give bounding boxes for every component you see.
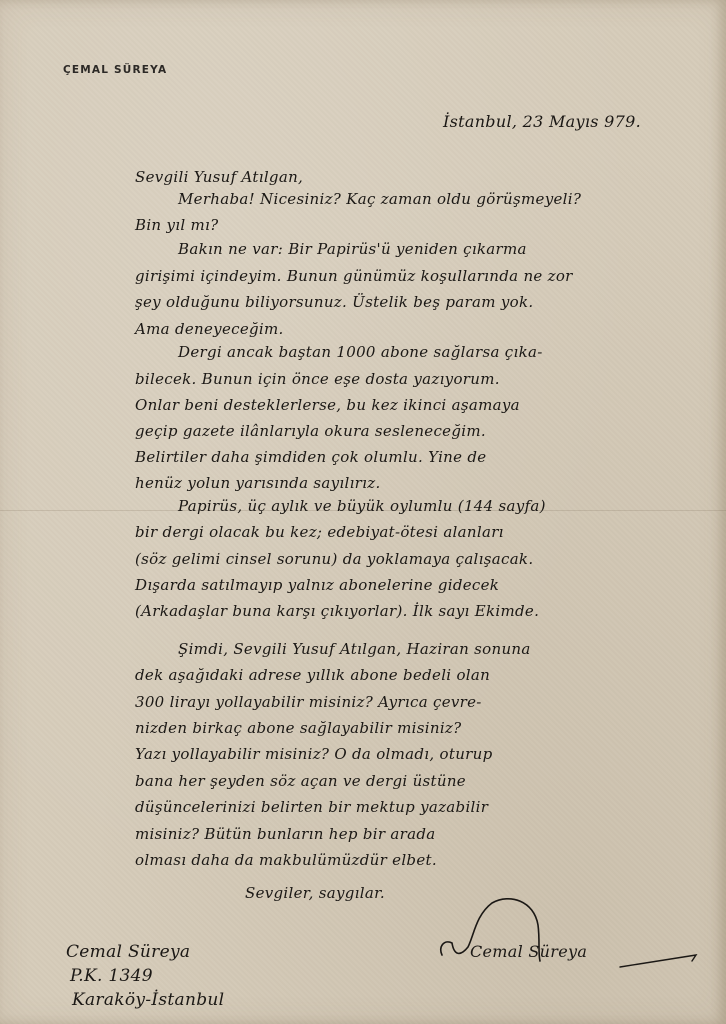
signature-flourish — [430, 895, 710, 985]
letter-line: Ama deneyeceğim. — [135, 320, 284, 338]
letter-line: (Arkadaşlar buna karşı çıkıyorlar). İlk … — [135, 602, 539, 620]
letter-line: Dışarda satılmayıp yalnız abonelerine gi… — [135, 576, 499, 594]
signature-text: Cemal Süreya — [470, 942, 587, 961]
letterhead: ÇEMAL SÜREYA — [63, 64, 167, 76]
letter-line: bir dergi olacak bu kez; edebiyat-ötesi … — [135, 523, 504, 541]
letter-line: girişimi içindeyim. Bunun günümüz koşull… — [135, 267, 573, 285]
letter-line: nizden birkaç abone sağlayabilir misiniz… — [135, 719, 461, 737]
closing: Sevgiler, saygılar. — [245, 884, 385, 902]
letter-line: henüz yolun yarısında sayılırız. — [135, 474, 381, 492]
return-address-city: Karaköy-İstanbul — [72, 990, 224, 1010]
letter-line: bilecek. Bunun için önce eşe dosta yazıy… — [135, 370, 500, 388]
letter-line: şey olduğunu biliyorsunuz. Üstelik beş p… — [135, 293, 533, 311]
return-address-po-box: P.K. 1349 — [70, 966, 153, 986]
letter-line: Papirüs, üç aylık ve büyük oylumlu (144 … — [178, 497, 546, 515]
letter-line: (söz gelimi cinsel sorunu) da yoklamaya … — [135, 550, 533, 568]
return-address-name: Cemal Süreya — [66, 942, 190, 962]
letter-line: olması daha da makbulümüzdür elbet. — [135, 851, 437, 869]
letter-line: Bin yıl mı? — [135, 216, 218, 234]
letter-page: ÇEMAL SÜREYA İstanbul, 23 Mayıs 979. Sev… — [0, 0, 726, 1024]
letter-line: geçip gazete ilânlarıyla okura seslenece… — [135, 422, 486, 440]
letter-date: İstanbul, 23 Mayıs 979. — [443, 112, 641, 131]
letter-line: düşüncelerinizi belirten bir mektup yaza… — [135, 798, 488, 816]
letter-line: Belirtiler daha şimdiden çok olumlu. Yin… — [135, 448, 486, 466]
letter-line: misiniz? Bütün bunların hep bir arada — [135, 825, 436, 843]
letter-line: dek aşağıdaki adrese yıllık abone bedeli… — [135, 666, 490, 684]
salutation: Sevgili Yusuf Atılgan, — [135, 168, 303, 186]
letter-line: Şimdi, Sevgili Yusuf Atılgan, Haziran so… — [178, 640, 531, 658]
letter-line: Bakın ne var: Bir Papirüs'ü yeniden çıka… — [178, 240, 527, 258]
letter-line: Dergi ancak baştan 1000 abone sağlarsa ç… — [178, 343, 543, 361]
letter-line: Merhaba! Nicesiniz? Kaç zaman oldu görüş… — [178, 190, 581, 208]
letter-line: Onlar beni desteklerlerse, bu kez ikinci… — [135, 396, 520, 414]
letter-line: 300 lirayı yollayabilir misiniz? Ayrıca … — [135, 693, 482, 711]
letter-line: bana her şeyden söz açan ve dergi üstüne — [135, 772, 466, 790]
letter-line: Yazı yollayabilir misiniz? O da olmadı, … — [135, 745, 493, 763]
